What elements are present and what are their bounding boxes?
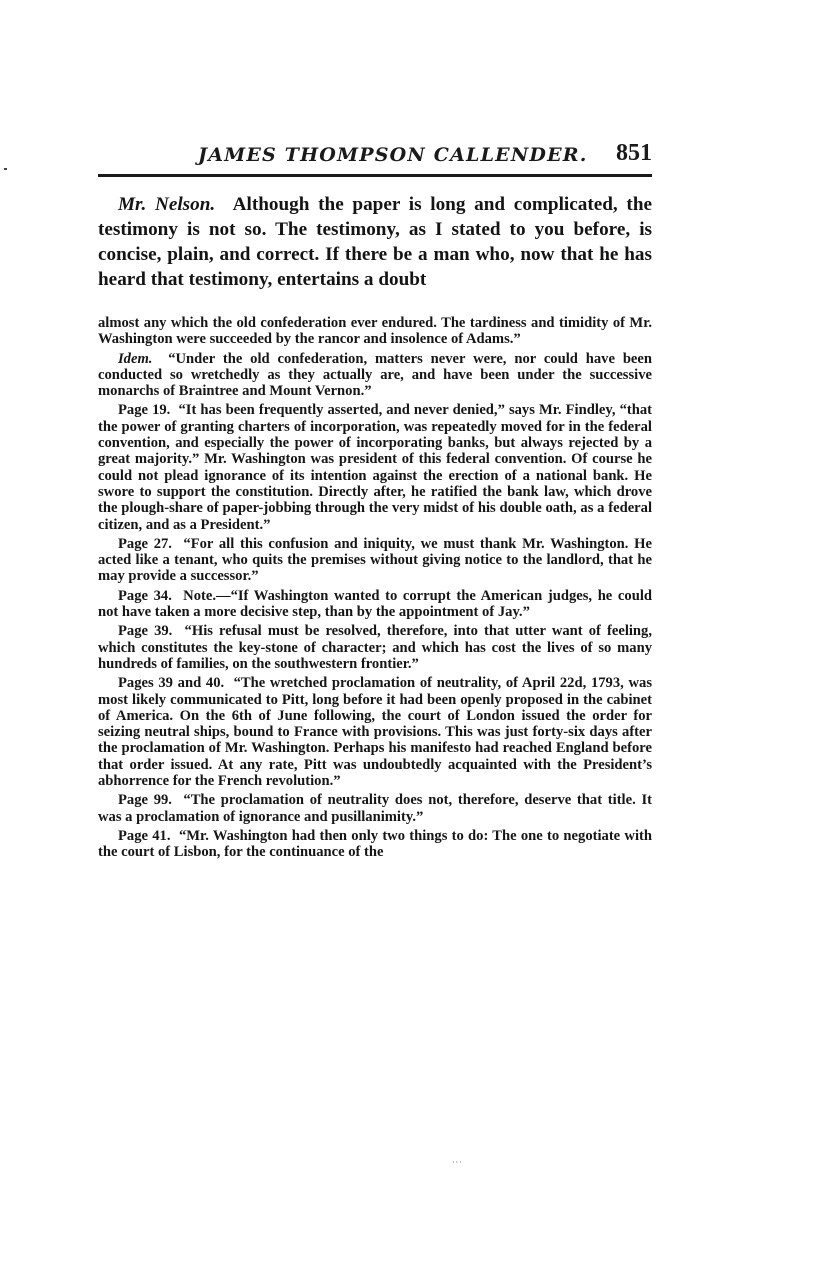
footnote-label: Page 27. (118, 536, 172, 552)
scan-artifact-mark (4, 168, 7, 170)
footnote-text: “His refusal must be resolved, therefore… (98, 623, 652, 672)
footnote-text: “For all this confusion and iniquity, we… (98, 536, 652, 585)
footnote-paragraph: Page 34. Note.—“If Washington wanted to … (98, 588, 652, 621)
footnote-label: Page 34. (118, 588, 172, 604)
footnote-paragraph: almost any which the old confederation e… (98, 315, 652, 348)
footnote-paragraph: Page 39. “His refusal must be resolved, … (98, 623, 652, 672)
footnote-text: “Mr. Washington had then only two things… (98, 828, 652, 860)
footnote-label: Idem. (118, 351, 152, 367)
scan-artifact-dots: ··· (452, 1158, 463, 1167)
footnote-text: “Under the old confederation, matters ne… (98, 351, 652, 400)
footnote-paragraph: Pages 39 and 40. “The wretched proclamat… (98, 675, 652, 789)
footnote-text: “It has been frequently asserted, and ne… (98, 402, 652, 532)
running-header: JAMES THOMPSON CALLENDER. 851 (98, 140, 652, 174)
footnote-paragraph: Page 99. “The proclamation of neutrality… (98, 792, 652, 825)
footnote-text: Note.—“If Washington wanted to corrupt t… (98, 588, 652, 620)
header-rule-divider (98, 174, 652, 177)
page-number: 851 (616, 140, 652, 167)
footnote-label: Page 99. (118, 792, 172, 808)
footnote-label: Page 39. (118, 623, 172, 639)
footnote-text: “The wretched proclamation of neutrality… (98, 675, 652, 789)
footnote-paragraph: Page 19. “It has been frequently asserte… (98, 402, 652, 532)
footnote-paragraph: Idem. “Under the old confederation, matt… (98, 351, 652, 400)
footnote-paragraph: Page 41. “Mr. Washington had then only t… (98, 828, 652, 861)
footnote-label: Pages 39 and 40. (118, 675, 224, 691)
book-page: JAMES THOMPSON CALLENDER. 851 Mr. Nelson… (98, 140, 652, 174)
running-title: JAMES THOMPSON CALLENDER. (198, 144, 588, 166)
speaker-name: Mr. Nelson. (118, 194, 215, 215)
footnote-label: Page 19. (118, 402, 170, 418)
lead-paragraph: Mr. Nelson. Although the paper is long a… (98, 192, 652, 292)
footnote-label: Page 41. (118, 828, 170, 844)
footnote-text: almost any which the old confederation e… (98, 315, 652, 347)
footnote-text: “The proclamation of neutrality does not… (98, 792, 652, 824)
footnote-paragraph: Page 27. “For all this confusion and ini… (98, 536, 652, 585)
footnote-block: almost any which the old confederation e… (98, 315, 652, 864)
